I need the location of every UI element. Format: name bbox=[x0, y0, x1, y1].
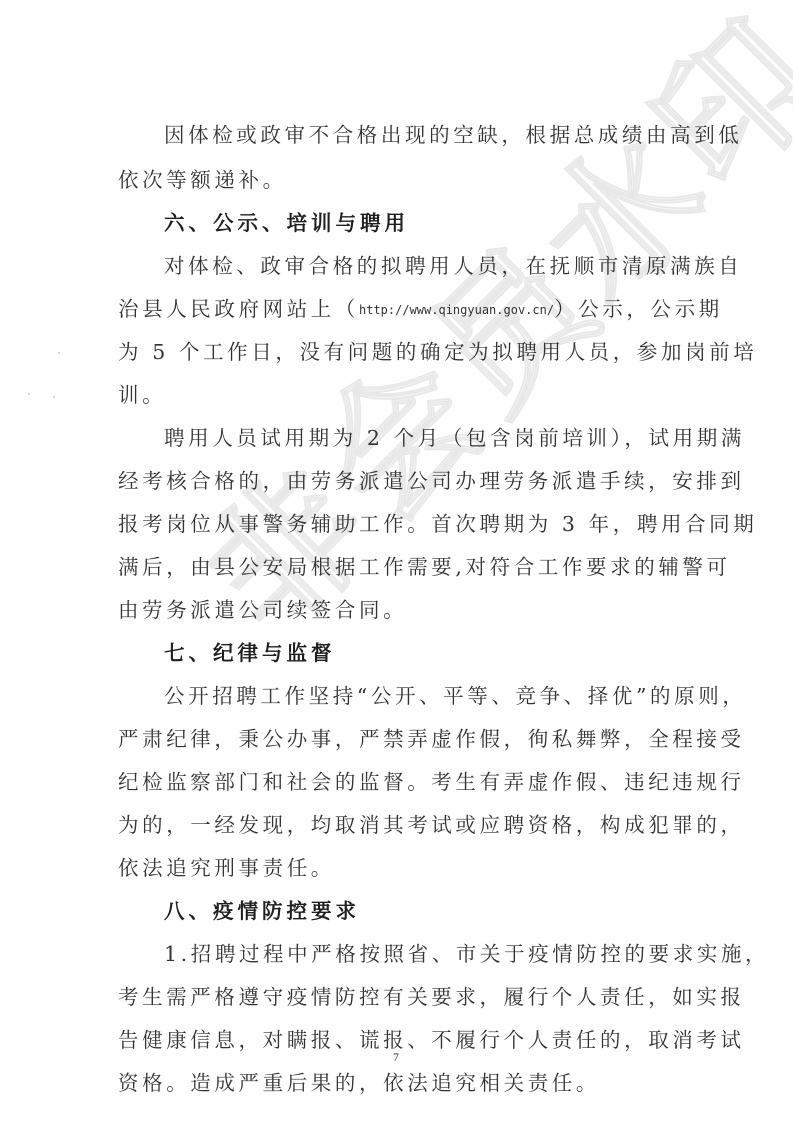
section-heading-8: 八、疫情防控要求 bbox=[164, 894, 360, 924]
paragraph-line: 报考岗位从事警务辅助工作。首次聘期为 3 年，聘用合同期 bbox=[118, 507, 757, 537]
paragraph-line: 满后，由县公安局根据工作需要,对符合工作要求的辅警可 bbox=[118, 550, 731, 580]
document-page: 非会员水印 因体检或政审不合格出现的空缺，根据总成绩由高到低 依次等额递补。 六… bbox=[0, 0, 793, 1121]
paragraph-line: 由劳务派遣公司续签合同。 bbox=[118, 593, 407, 623]
paragraph-line: 依法追究刑事责任。 bbox=[118, 851, 335, 881]
scan-speck bbox=[28, 393, 30, 395]
paragraph-line: 纪检监察部门和社会的监督。考生有弄虚作假、违纪违规行 bbox=[118, 765, 745, 795]
paragraph-line: 考生需严格遵守疫情防控有关要求，履行个人责任，如实报 bbox=[118, 980, 745, 1010]
paragraph-line: 为的，一经发现，均取消其考试或应聘资格，构成犯罪的， bbox=[118, 808, 745, 838]
paragraph-line: 对体检、政审合格的拟聘用人员，在抚顺市清原满族自 bbox=[164, 249, 742, 279]
paragraph-line: 告健康信息，对瞒报、谎报、不履行个人责任的，取消考试 bbox=[118, 1023, 745, 1053]
section-heading-7: 七、纪律与监督 bbox=[164, 636, 336, 666]
paragraph-line-with-link: 治县人民政府网站上（http://www.qingyuan.gov.cn/）公示… bbox=[118, 292, 723, 322]
paragraph-line: 公开招聘工作坚持“公开、平等、竞争、择优”的原则， bbox=[164, 679, 746, 709]
paragraph-line: 训。 bbox=[118, 378, 166, 408]
paragraph-text: 治县人民政府网站上（ bbox=[118, 297, 359, 321]
paragraph-line: 资格。造成严重后果的，依法追究相关责任。 bbox=[118, 1066, 600, 1096]
paragraph-line: 1.招聘过程中严格按照省、市关于疫情防控的要求实施， bbox=[164, 937, 769, 967]
website-url: http://www.qingyuan.gov.cn/ bbox=[359, 303, 554, 317]
paragraph-line: 依次等额递补。 bbox=[118, 163, 287, 193]
scan-speck bbox=[53, 396, 55, 398]
scan-speck bbox=[58, 352, 60, 354]
paragraph-line: 聘用人员试用期为 2 个月（包含岗前培训），试用期满 bbox=[164, 421, 745, 451]
paragraph-line: 因体检或政审不合格出现的空缺，根据总成绩由高到低 bbox=[164, 118, 742, 148]
paragraph-line: 严肃纪律，秉公办事，严禁弄虚作假，徇私舞弊，全程接受 bbox=[118, 722, 745, 752]
section-heading-6: 六、公示、培训与聘用 bbox=[164, 206, 409, 236]
page-number: 7 bbox=[393, 1050, 399, 1065]
paragraph-text: ）公示，公示期 bbox=[554, 297, 723, 321]
paragraph-line: 为 5 个工作日，没有问题的确定为拟聘用人员，参加岗前培 bbox=[118, 335, 757, 365]
paragraph-line: 经考核合格的，由劳务派遣公司办理劳务派遣手续，安排到 bbox=[118, 464, 745, 494]
